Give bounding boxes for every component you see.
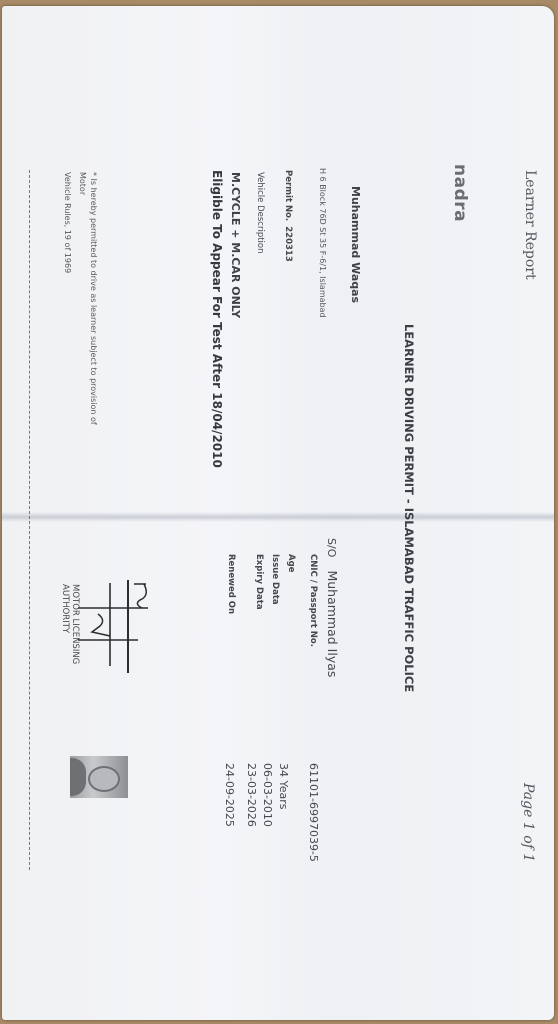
detail-label-cnic: CNIC / Passport No. xyxy=(308,554,318,647)
detail-value-issue: 06-03-2010 xyxy=(261,763,274,827)
detail-label-expiry: Expiry Data xyxy=(254,554,264,610)
father-name: Muhammad Ilyas xyxy=(325,570,340,677)
authority-label: MOTOR LICENSING AUTHORITY xyxy=(60,584,80,664)
document-title: LEARNER DRIVING PERMIT - ISLAMABAD TRAFF… xyxy=(402,324,416,692)
relation-label: S/O xyxy=(325,538,338,557)
test-eligibility: Eligible To Appear For Test After 18/04/… xyxy=(210,170,224,468)
permit-no-value: 220313 xyxy=(283,226,293,262)
authority-line-1: MOTOR LICENSING xyxy=(70,584,80,664)
vehicle-description-value: M.CYCLE + M.CAR ONLY xyxy=(229,172,242,318)
footnote-line-1: * Is hereby permitted to drive as learne… xyxy=(89,172,98,425)
detail-value-cnic: 61101-6997039-5 xyxy=(307,763,320,862)
detail-value-age: 34 Years xyxy=(277,763,290,810)
page-indicator: Page 1 of 1 xyxy=(520,783,536,862)
holder-address: H 6 Block 76D St 35 F-6/1, Islamabad xyxy=(318,168,327,318)
dashed-separator xyxy=(29,170,30,870)
nadra-logo: nadra xyxy=(450,164,470,222)
report-title: Learner Report xyxy=(522,170,538,280)
permit-number: Permit No. 220313 xyxy=(282,170,301,262)
holder-name: Muhammad Waqas xyxy=(349,186,362,303)
father-name-row: S/O Muhammad Ilyas xyxy=(324,538,343,677)
signature-icon xyxy=(68,578,158,688)
footnote-line-2: Motor xyxy=(78,172,87,195)
detail-label-renewed: Renewed On xyxy=(226,554,236,614)
holder-photo xyxy=(70,756,128,798)
authority-line-2: AUTHORITY xyxy=(60,584,70,664)
detail-label-issue: Issue Data xyxy=(270,554,280,605)
learner-permit-document: Learner Report Page 1 of 1 nadra LEARNER… xyxy=(0,0,558,1024)
detail-label-age: Age xyxy=(286,554,296,572)
detail-value-expiry: 23-03-2026 xyxy=(245,763,258,827)
vehicle-description-label: Vehicle Description xyxy=(255,172,265,254)
footnote-line-3: Vehicle Rules, 19 of 1969 xyxy=(63,172,72,273)
detail-value-renewed: 24-09-2025 xyxy=(223,763,236,827)
permit-no-label: Permit No. xyxy=(283,170,293,221)
